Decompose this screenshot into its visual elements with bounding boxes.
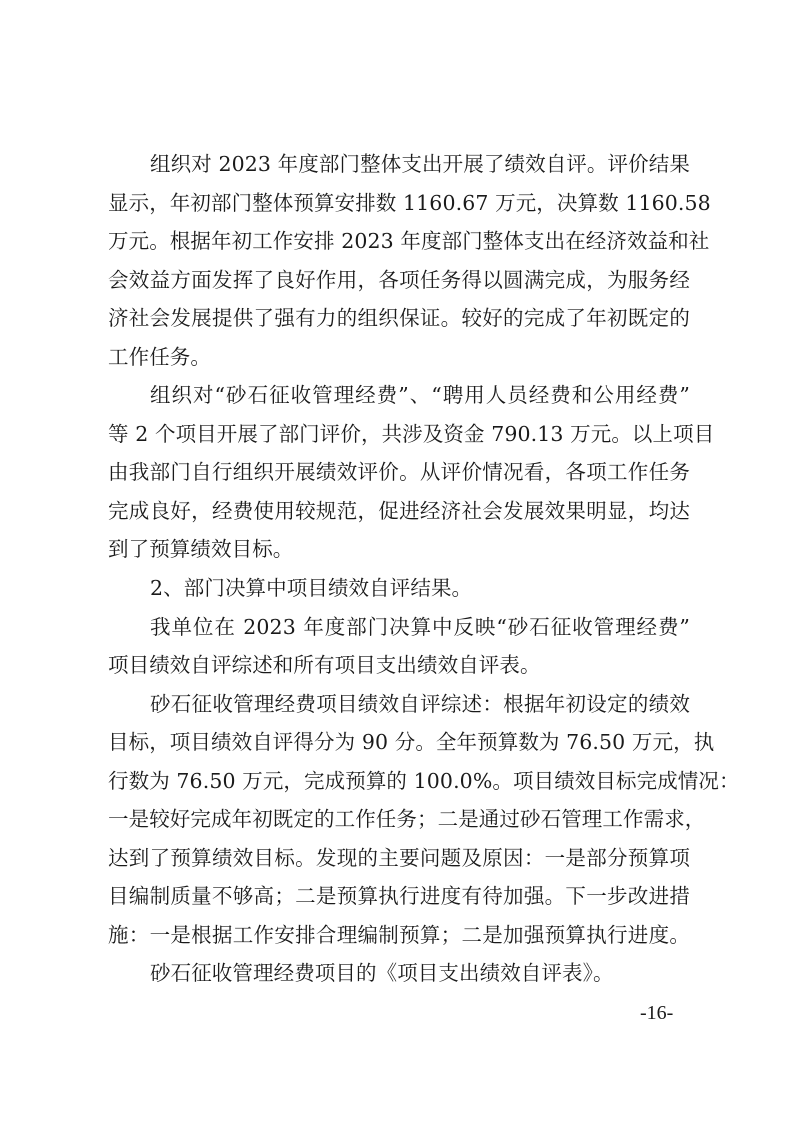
- section-heading: 2、部门决算中项目绩效自评结果。: [108, 569, 690, 608]
- text-line: 一是较好完成年初既定的工作任务；二是通过砂石管理工作需求，: [108, 800, 690, 839]
- text-line: 砂石征收管理经费项目的《项目支出绩效自评表》。: [108, 954, 690, 993]
- text-line: 济社会发展提供了强有力的组织保证。较好的完成了年初既定的: [108, 299, 690, 338]
- text-line: 由我部门自行组织开展绩效评价。从评价情况看，各项工作任务: [108, 453, 690, 492]
- text-line: 行数为 76.50 万元，完成预算的 100.0%。项目绩效目标完成情况：: [108, 762, 690, 801]
- text-line: 达到了预算绩效目标。发现的主要问题及原因：一是部分预算项: [108, 839, 690, 878]
- text-line: 到了预算绩效目标。: [108, 530, 690, 569]
- text-line: 施：一是根据工作安排合理编制预算；二是加强预算执行进度。: [108, 916, 690, 955]
- text-line: 会效益方面发挥了良好作用，各项任务得以圆满完成，为服务经: [108, 261, 690, 300]
- text-line: 目编制质量不够高；二是预算执行进度有待加强。下一步改进措: [108, 877, 690, 916]
- text-line: 万元。根据年初工作安排 2023 年度部门整体支出在经济效益和社: [108, 222, 690, 261]
- document-page: 组织对 2023 年度部门整体支出开展了绩效自评。评价结果 显示，年初部门整体预…: [0, 0, 793, 1122]
- text-line: 目标，项目绩效自评得分为 90 分。全年预算数为 76.50 万元，执: [108, 723, 690, 762]
- text-line: 我单位在 2023 年度部门决算中反映“砂石征收管理经费”: [108, 608, 690, 647]
- page-number: -16-: [640, 1002, 673, 1025]
- text-line: 显示，年初部门整体预算安排数 1160.67 万元，决算数 1160.58: [108, 184, 690, 223]
- text-line: 项目绩效自评综述和所有项目支出绩效自评表。: [108, 646, 690, 685]
- text-line: 组织对“砂石征收管理经费”、“聘用人员经费和公用经费”: [108, 376, 690, 415]
- text-line: 完成良好，经费使用较规范，促进经济社会发展效果明显，均达: [108, 492, 690, 531]
- text-line: 工作任务。: [108, 338, 690, 377]
- text-line: 砂石征收管理经费项目绩效自评综述：根据年初设定的绩效: [108, 685, 690, 724]
- text-line: 组织对 2023 年度部门整体支出开展了绩效自评。评价结果: [108, 145, 690, 184]
- body-text: 组织对 2023 年度部门整体支出开展了绩效自评。评价结果 显示，年初部门整体预…: [108, 145, 690, 993]
- text-line: 等 2 个项目开展了部门评价，共涉及资金 790.13 万元。以上项目: [108, 415, 690, 454]
